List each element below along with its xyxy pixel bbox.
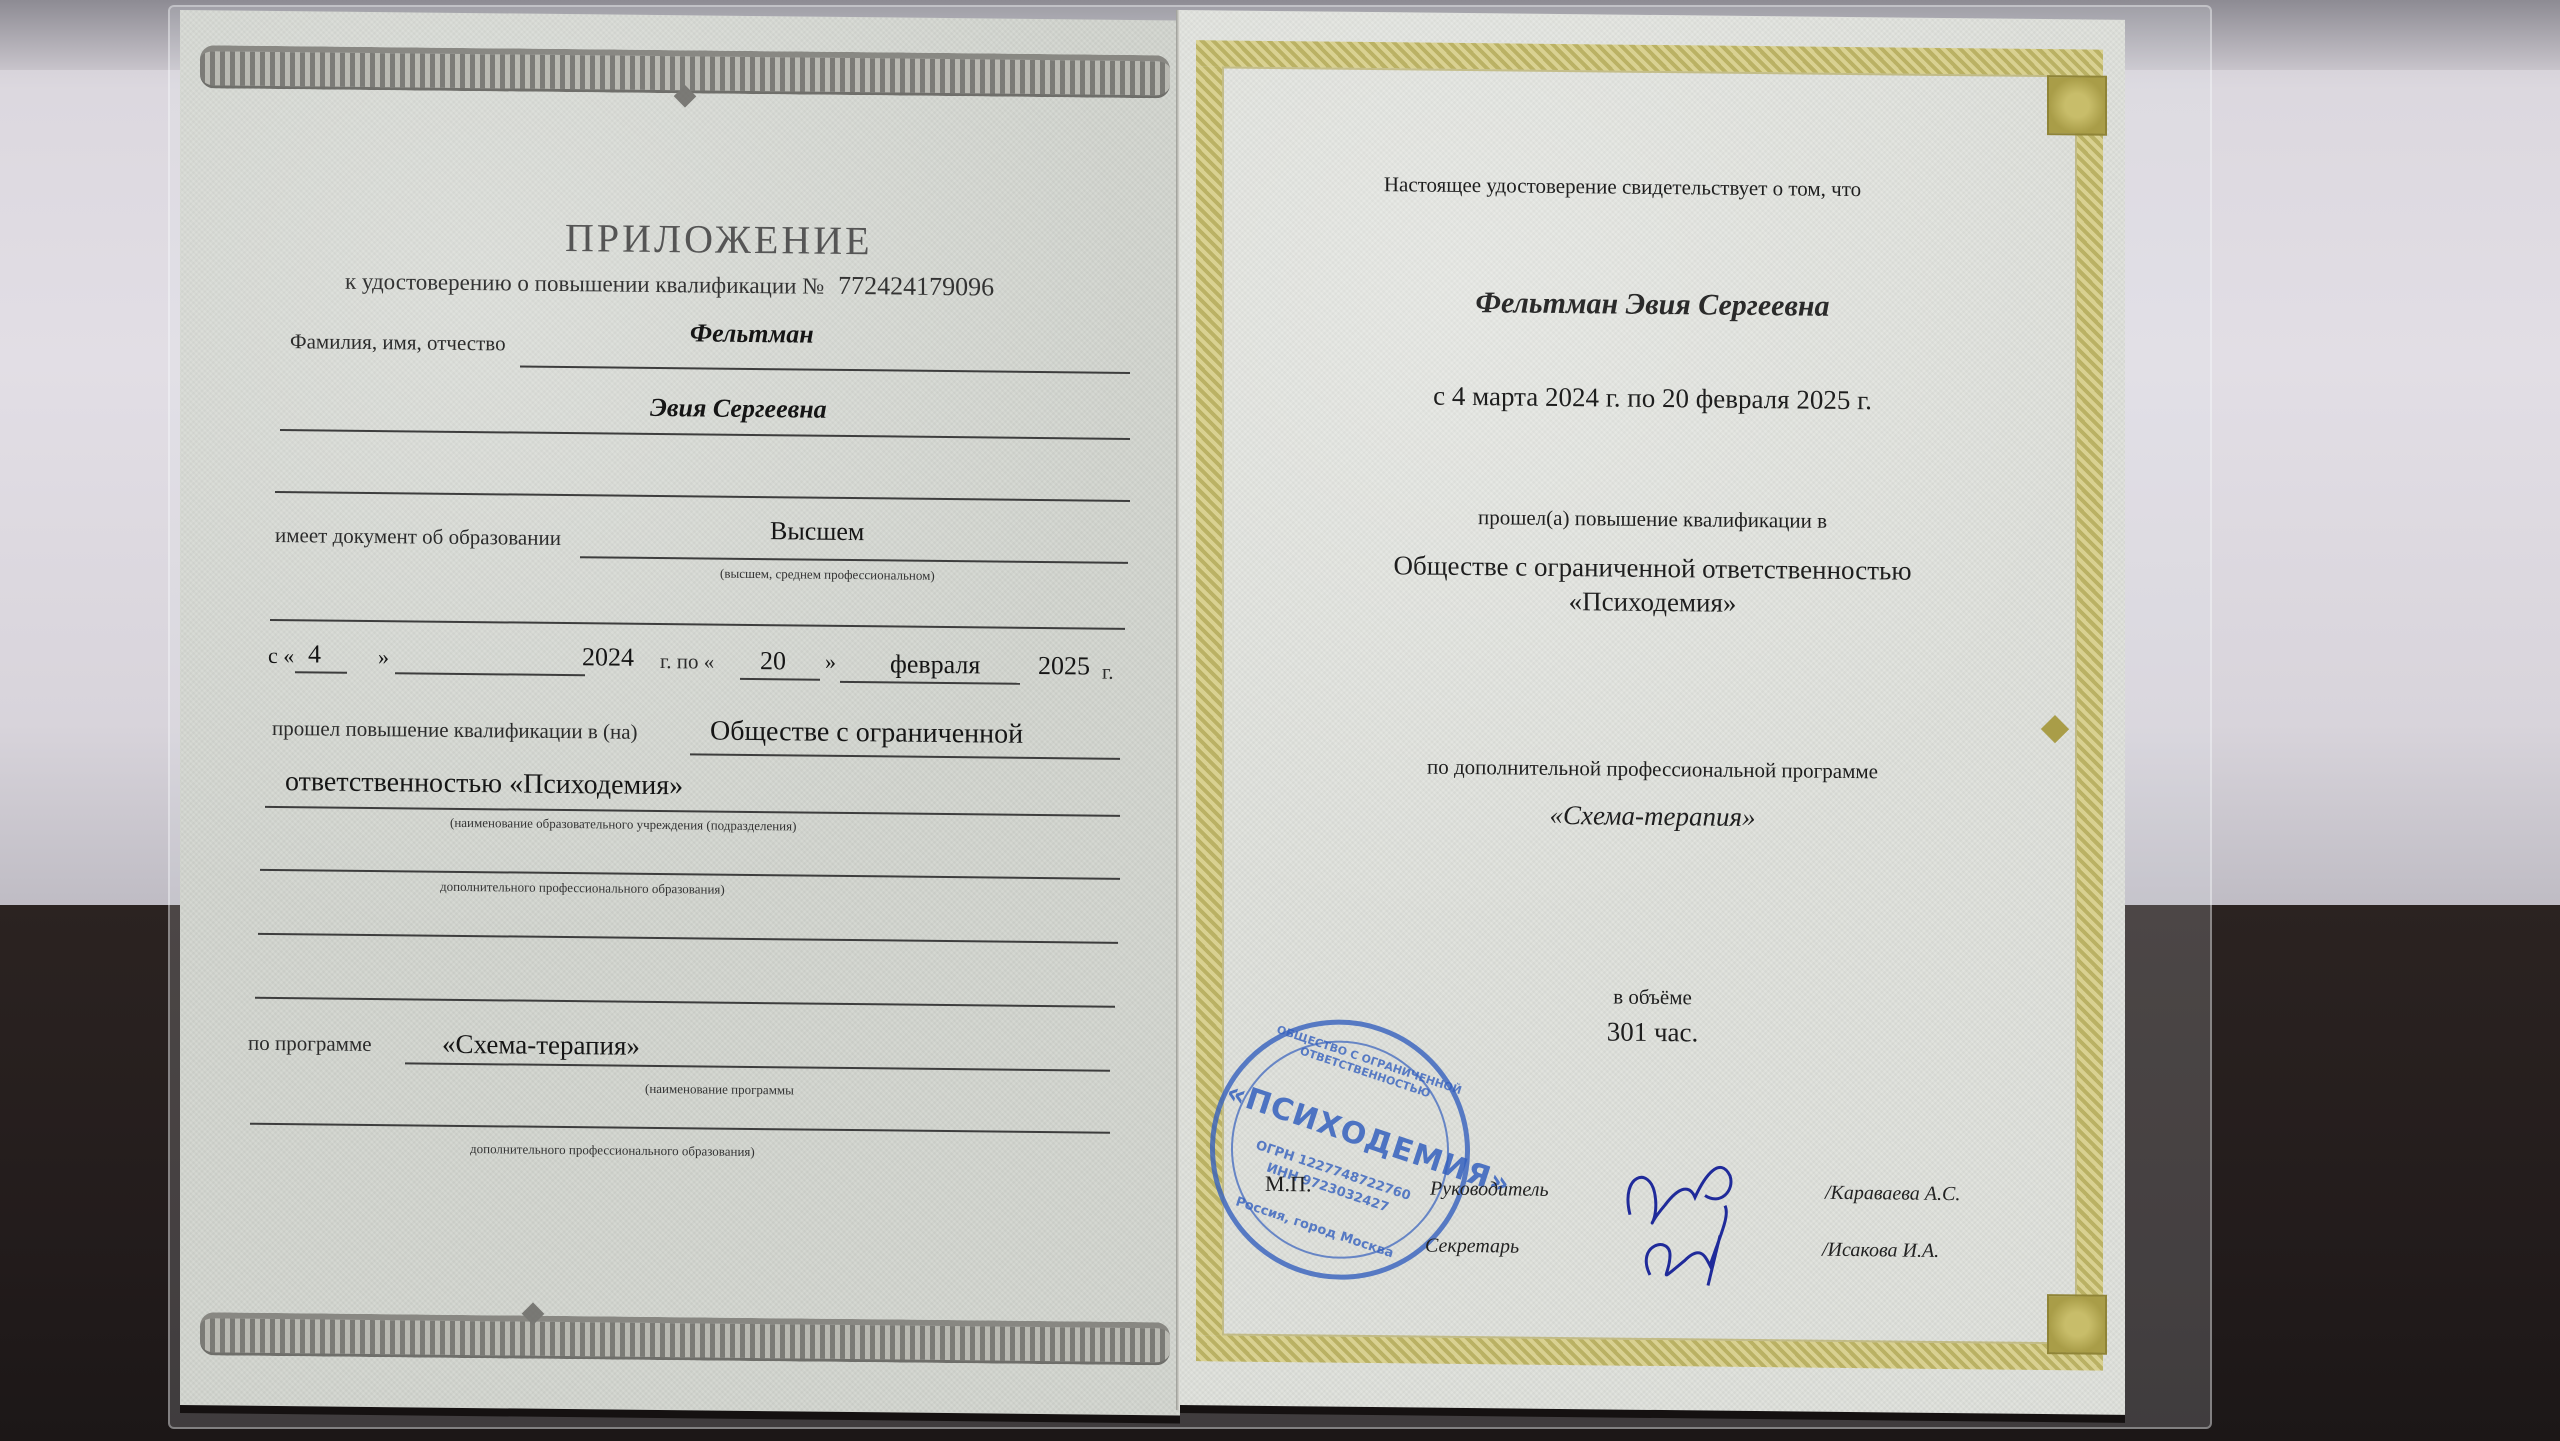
blank-line-4 [255,997,1115,1008]
program-value: «Схема-терапия» [442,1029,640,1062]
period-from-day-line [295,671,347,674]
diamond-ornament-icon [674,85,697,108]
education-label: имеет документ об образовании [275,523,561,551]
program-hint-2: дополнительного профессионального образо… [470,1141,755,1160]
period-to-year: 2025 [1038,651,1090,682]
period-to-month: февраля [890,649,980,680]
org-hint-1: (наименование образовательного учреждени… [450,815,796,835]
fio-line [520,366,1130,374]
signature-role-director: Руководитель [1430,1178,1549,1202]
seal-label: М.П. [1265,1171,1311,1197]
period-from-prefix: с « [268,643,294,669]
surname-value: Фельтман [690,318,814,349]
certificate-number: 772424179096 [838,271,994,302]
org-line-3 [260,869,1120,880]
period-to-month-line [840,681,1020,685]
period-to-prefix: г. по « [660,649,714,675]
certificate-page: Настоящее удостоверение свидетельствует … [1180,10,2125,1415]
bottom-ornament-border [200,1312,1170,1365]
org-value-line2: ответственностью «Психодемия» [285,766,683,802]
given-names-value: Эвия Сергеевна [650,393,827,425]
org-line-2 [265,806,1120,817]
corner-ornament-icon [2047,75,2107,136]
subtitle-text: к удостоверению о повышении квалификации… [345,269,824,299]
top-ornament-border [200,45,1170,98]
org-label: прошел повышение квалификации в (на) [272,716,638,745]
education-value: Высшем [770,516,864,547]
program-line-2 [250,1123,1110,1134]
period-to-close: » [825,649,836,675]
blank-line-3 [258,933,1118,944]
period-to-day-line [740,678,820,681]
period-from-year: 2024 [582,642,634,673]
diamond-ornament-icon [522,1302,545,1325]
period-from-close: » [378,644,389,670]
program-line [405,1062,1110,1071]
education-hint: (высшем, среднем профессиональном) [720,566,935,584]
blank-line [275,491,1130,502]
handwritten-signature-icon [1610,1135,1750,1296]
appendix-title: ПРИЛОЖЕНИЕ [565,214,873,264]
corner-ornament-icon [2047,1294,2107,1355]
org-hint-2: дополнительного профессионального образо… [440,879,725,898]
education-line [580,556,1128,564]
appendix-page: ПРИЛОЖЕНИЕ к удостоверению о повышении к… [180,10,1180,1415]
fio-line-2 [280,429,1130,440]
period-to-day: 20 [760,646,786,676]
signature-role-secretary: Секретарь [1425,1235,1519,1259]
period-year-suffix: г. [1102,660,1114,685]
signature-name-secretary: /Исакова И.А. [1822,1239,1939,1263]
period-from-month-line [395,672,585,676]
program-hint-1: (наименование программы [645,1081,794,1099]
appendix-subtitle: к удостоверению о повышении квалификации… [345,266,994,303]
signature-name-director: /Караваева А.С. [1825,1182,1960,1206]
org-value-line1: Обществе с ограниченной [710,716,1023,751]
program-label: по программе [248,1031,372,1057]
blank-line-2 [270,619,1125,630]
fio-label: Фамилия, имя, отчество [290,329,506,356]
org-line-1 [690,753,1120,760]
period-from-day: 4 [308,639,321,669]
